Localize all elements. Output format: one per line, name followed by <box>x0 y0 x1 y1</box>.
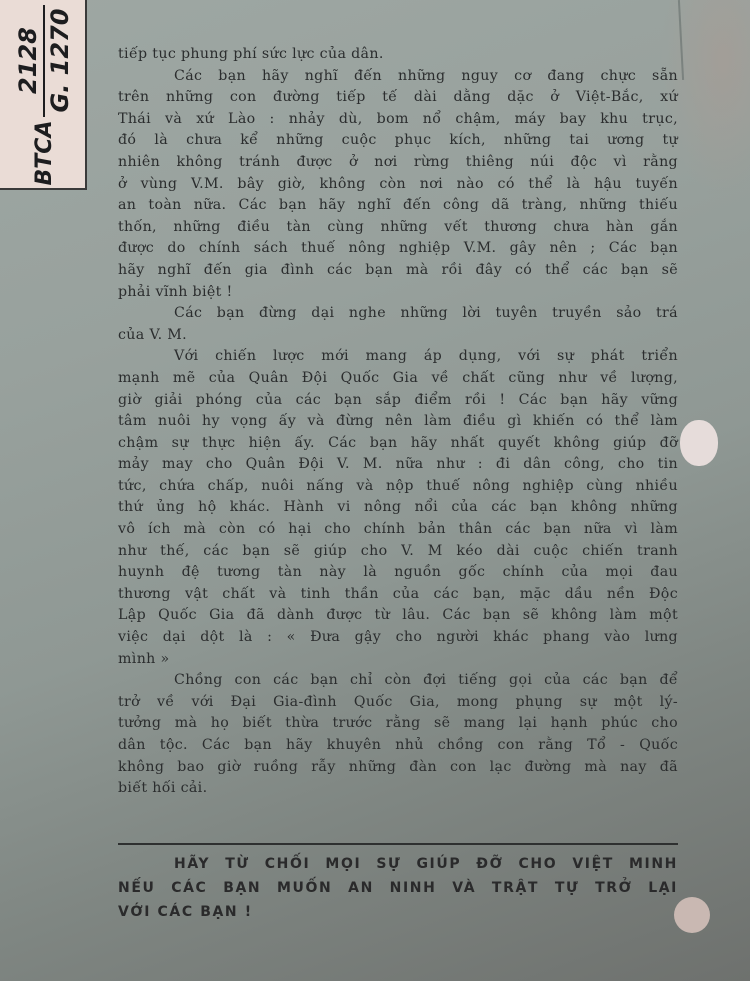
paragraph: Chồng con các bạn chỉ còn đợi tiếng gọi … <box>118 670 678 800</box>
archive-label-prefix: BTCA <box>32 121 57 186</box>
text-line: nhiên không tránh được ở nơi rừng thiêng… <box>118 152 678 174</box>
text-line: Các bạn đừng dại nghe những lời tuyên tr… <box>118 303 678 325</box>
text-line: trở về với Đại Gia-đình Quốc Gia, mong p… <box>118 692 678 714</box>
text-line: Chồng con các bạn chỉ còn đợi tiếng gọi … <box>118 670 678 692</box>
text-line: chậm sự thực hiện ấy. Các bạn hãy nhất q… <box>118 433 678 455</box>
text-line: dân tộc. Các bạn hãy khuyên nhủ chồng co… <box>118 735 678 757</box>
text-line: tưởng mà họ biết thừa trước rằng sẽ mang… <box>118 713 678 735</box>
text-line: như thế, các bạn sẽ giúp cho V. M kéo dà… <box>118 541 678 563</box>
archive-label-denominator: G. 1270 <box>45 5 75 117</box>
punch-hole <box>680 420 718 466</box>
text-line: hãy nghĩ đến gia đình các bạn mà rồi đây… <box>118 260 678 282</box>
archive-call-number-label: BTCA 2128 G. 1270 <box>0 0 87 190</box>
closing-slogan: HÃY TỪ CHỐI MỌI SỰ GIÚP ĐỠ CHO VIỆT MINH… <box>118 852 678 924</box>
text-line: vô ích mà còn có hại cho chính bản thân … <box>118 519 678 541</box>
text-line: phải vĩnh biệt ! <box>118 282 678 304</box>
archive-label-numerator: 2128 <box>13 23 43 98</box>
slogan-line: NẾU CÁC BẠN MUỐN AN NINH VÀ TRẬT TỰ TRỞ … <box>118 876 678 900</box>
text-line: đó là chưa kể những cuộc phục kích, nhữn… <box>118 130 678 152</box>
text-line: Với chiến lược mới mang áp dụng, với sự … <box>118 346 678 368</box>
text-line: trên những con đường tiếp tế dài dằng dặ… <box>118 87 678 109</box>
text-line: Thái và xứ Lào : nhảy dù, bom nổ chậm, m… <box>118 109 678 131</box>
text-line: mảy may cho Quân Đội V. M. nữa như : đi … <box>118 454 678 476</box>
paragraph: tiếp tục phung phí sức lực của dân. <box>118 44 678 66</box>
text-line: Các bạn hãy nghĩ đến những nguy cơ đang … <box>118 66 678 88</box>
slogan-line: HÃY TỪ CHỐI MỌI SỰ GIÚP ĐỠ CHO VIỆT MINH <box>118 852 678 876</box>
paragraph: Các bạn đừng dại nghe những lời tuyên tr… <box>118 303 678 346</box>
text-line: thứ ủng hộ khác. Hành vi nông nổi của cá… <box>118 497 678 519</box>
paragraph: Các bạn hãy nghĩ đến những nguy cơ đang … <box>118 66 678 304</box>
text-line: biết hối cải. <box>118 778 678 800</box>
text-line: tâm nuôi hy vọng ấy và đừng nên làm điều… <box>118 411 678 433</box>
text-line: mình » <box>118 649 678 671</box>
text-line: ở vùng V.M. bây giờ, không còn nơi nào c… <box>118 174 678 196</box>
text-line: giờ giải phóng của các bạn sắp điểm rồi … <box>118 390 678 412</box>
slogan-line: VỚI CÁC BẠN ! <box>118 900 678 924</box>
text-line: việc dại dột là : « Đưa gậy cho người kh… <box>118 627 678 649</box>
text-line: mạnh mẽ của Quân Đội Quốc Gia về chất cũ… <box>118 368 678 390</box>
text-line: được do chính sách thuế nông nghiệp V.M.… <box>118 238 678 260</box>
text-line: an toàn nữa. Các bạn hãy nghĩ đến công d… <box>118 195 678 217</box>
text-line: tức, chứa chấp, nuôi nấng và nộp thuế nô… <box>118 476 678 498</box>
section-divider <box>118 843 678 845</box>
paragraph: Với chiến lược mới mang áp dụng, với sự … <box>118 346 678 670</box>
text-line: không bao giờ ruồng rẫy những đàn con lạ… <box>118 757 678 779</box>
text-line: huynh đệ tương tàn này là nguồn gốc chín… <box>118 562 678 584</box>
text-line: của V. M. <box>118 325 678 347</box>
archive-label-fraction: 2128 G. 1270 <box>13 5 75 117</box>
text-line: Lập Quốc Gia đã dành được từ lâu. Các bạ… <box>118 605 678 627</box>
text-line: thốn, những điều tàn cùng những vết thươ… <box>118 217 678 239</box>
document-body: tiếp tục phung phí sức lực của dân.Các b… <box>118 44 678 800</box>
punch-hole <box>674 897 710 933</box>
text-line: thương vật chất và tinh thần của các bạn… <box>118 584 678 606</box>
text-line: tiếp tục phung phí sức lực của dân. <box>118 44 678 66</box>
